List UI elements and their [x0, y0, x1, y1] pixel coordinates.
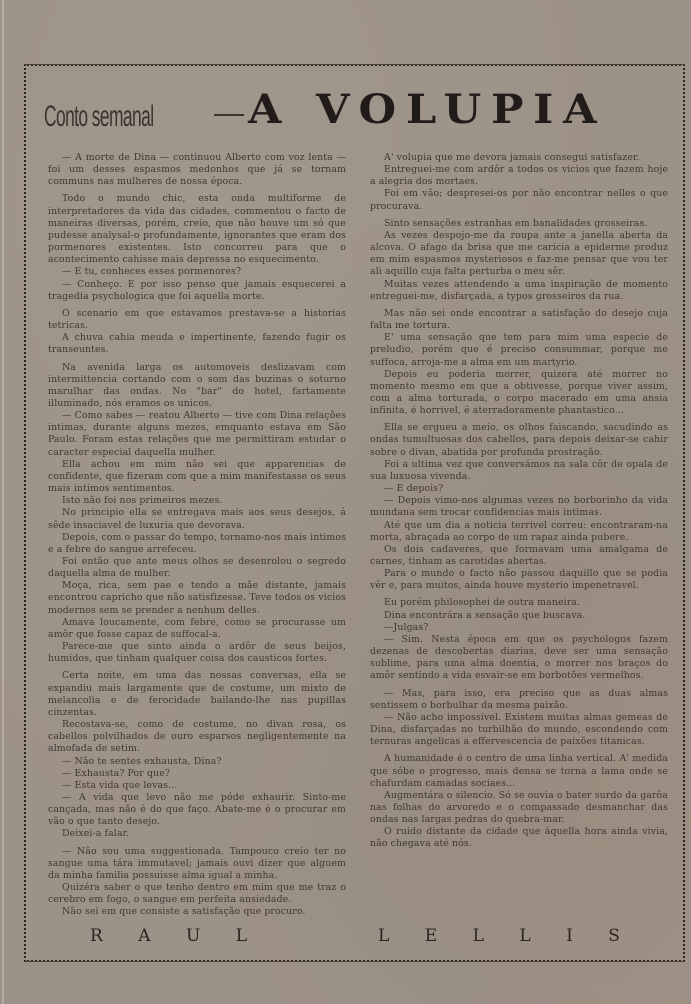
author-byline: RAULLELLIS [90, 926, 620, 946]
paragraph: Recostava-se, como de costume, no divan … [48, 719, 346, 755]
paragraph: Todo o mundo chic, esta onda multiforme … [48, 193, 346, 266]
paragraph: E' uma sensação que tem para mim uma esp… [370, 332, 668, 368]
paragraph: Depois, com o passar do tempo, tornamo-n… [48, 532, 346, 556]
paragraph: Certa noite, em uma das nossas conversas… [48, 670, 346, 719]
paragraph: Entreguei-me com ardôr a todos os vicios… [370, 164, 668, 188]
paragraph: Augmentára o silencio. Só se ouvia o bat… [370, 790, 668, 826]
paragraph: Os dois cadaveres, que formavam uma amal… [370, 544, 668, 568]
paragraph: Não sei em que consiste a satisfação que… [48, 906, 346, 918]
paragraph: Mas não sei onde encontrar a satisfação … [370, 308, 668, 332]
paragraph: Eu porém philosophei de outra maneira. [370, 597, 668, 609]
paragraph: As vezes despojo-me da roupa ante a jane… [370, 230, 668, 279]
paragraph: Moça, rica, sem pae e tendo a mãe distan… [48, 580, 346, 616]
paragraph: — Depois vimo-nos algumas vezes no borbo… [370, 495, 668, 519]
byline-letter: E [425, 926, 437, 946]
byline-spacer [283, 926, 343, 946]
byline-letter: S [608, 926, 620, 946]
paragraph: — A vida que levo não me póde exhaurir. … [48, 792, 346, 828]
paragraph: — Não te sentes exhausta, Dina? [48, 756, 346, 768]
paragraph: — Não sou uma suggestionada. Tampouco cr… [48, 846, 346, 882]
paragraph: Depois eu poderia morrer, quizera até mo… [370, 369, 668, 418]
paragraph: No principio ella se entregava mais aos … [48, 507, 346, 531]
paragraph: — E depois? [370, 483, 668, 495]
byline-letter: L [519, 926, 530, 946]
paragraph: A' volupia que me devora jamais consegui… [370, 152, 668, 164]
page-edge [2, 0, 4, 1004]
paragraph: Na avenida larga os automoveis deslizava… [48, 362, 346, 411]
paragraph: — Conheço. E por isso penso que jamais e… [48, 279, 346, 303]
byline-letter: L [236, 926, 247, 946]
paragraph: Ella achou em mim não sei que apparencia… [48, 459, 346, 495]
byline-letter: I [566, 926, 573, 946]
byline-letter: R [90, 926, 103, 946]
section-kicker: Conto semanal [44, 102, 145, 132]
paragraph: — A morte de Dina — continuou Alberto co… [48, 152, 346, 188]
paragraph: Foi então que ante meus olhos se desenro… [48, 556, 346, 580]
paragraph: Foi a ultima vez que conversámos na sala… [370, 459, 668, 483]
article-title: A VOLUPIA [248, 90, 606, 130]
paragraph: Até que um dia a noticia terrivel correu… [370, 520, 668, 544]
paragraph: Foi em vão; despresei-os por não encontr… [370, 188, 668, 212]
paragraph: Muitas vezes attendendo a uma inspiração… [370, 279, 668, 303]
article-header: Conto semanal A VOLUPIA [44, 84, 644, 130]
paragraph: A chuva cahia meuda e impertinente, faze… [48, 332, 346, 356]
paragraph: — Sim. Nesta época em que os psychologos… [370, 634, 668, 683]
paragraph: Sinto sensações estranhas em banalidades… [370, 218, 668, 230]
paragraph: O scenario em que estavamos prestava-se … [48, 308, 346, 332]
paragraph: — Exhausta? Por que? [48, 768, 346, 780]
paragraph: — Como sabes — reatou Alberto — tive com… [48, 410, 346, 459]
left-column: — A morte de Dina — continuou Alberto co… [48, 152, 346, 912]
paragraph: Para o mundo o facto não passou daquillo… [370, 568, 668, 592]
paragraph: — Mas, para isso, era preciso que as dua… [370, 688, 668, 712]
paragraph: — Não acho impossivel. Existem muitas al… [370, 712, 668, 748]
byline-letter: U [186, 926, 200, 946]
right-column: A' volupia que me devora jamais consegui… [370, 152, 668, 912]
paragraph: —Julgas? [370, 622, 668, 634]
paragraph: Amava loucamente, com febre, como se pro… [48, 617, 346, 641]
paragraph: Ella se ergueu a meio, os olhos faiscand… [370, 422, 668, 458]
paragraph: A humanidade é o centro de uma linha ver… [370, 753, 668, 789]
paragraph: Deixei-a falar. [48, 828, 346, 840]
article-body: — A morte de Dina — continuou Alberto co… [48, 152, 668, 912]
title-dash [214, 114, 244, 116]
paragraph: — E tu, conheces esses pormenores? [48, 266, 346, 278]
paragraph: O ruido distante da cidade que áquella h… [370, 826, 668, 850]
byline-letter: L [378, 926, 389, 946]
byline-letter: A [138, 926, 150, 946]
paragraph: — Esta vida que levas... [48, 780, 346, 792]
paragraph: Isto não foi nos primeiros mezes. [48, 495, 346, 507]
paragraph: Parece-me que sinto ainda o ardôr de seu… [48, 641, 346, 665]
paragraph: Dina encontrára a sensação que buscava. [370, 610, 668, 622]
byline-letter: L [473, 926, 484, 946]
paragraph: Quizéra saber o que tenho dentro em mim … [48, 882, 346, 906]
